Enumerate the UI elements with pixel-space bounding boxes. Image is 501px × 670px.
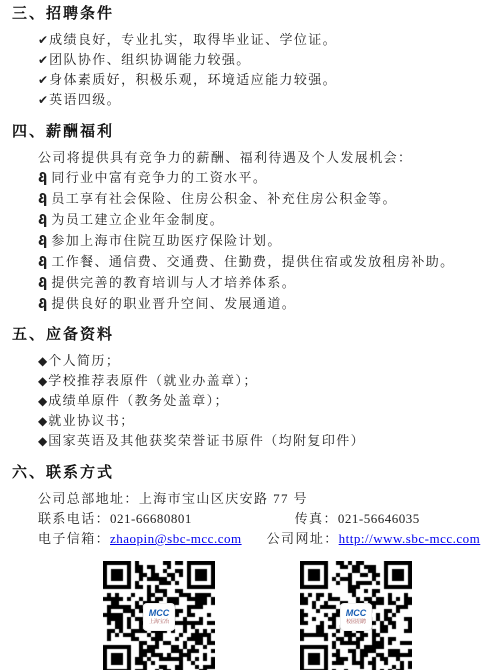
qr-code-campus-recruiting: MCC 校园招聘: [300, 561, 412, 670]
list-item-text: 为员工建立企业年金制度。: [51, 212, 224, 227]
fax-value: 021-56646035: [338, 511, 420, 526]
benefit-bullet-icon: β: [38, 190, 47, 210]
qr-logo-label: 校园招聘: [346, 620, 366, 625]
list-item: ✔成绩良好，专业扎实，取得毕业证、学位证。: [38, 30, 501, 50]
benefit-bullet-icon: β: [38, 253, 47, 273]
section-contact-info: 六、联系方式 公司总部地址：上海市宝山区庆安路 77 号 联系电话：021-66…: [0, 463, 501, 549]
list-item-text: 身体素质好，积极乐观，环境适应能力较强。: [49, 72, 337, 87]
mcc-logo: MCC 校园招聘: [341, 604, 371, 630]
section-heading: 三、招聘条件: [12, 4, 501, 24]
contact-address-row: 公司总部地址：上海市宝山区庆安路 77 号: [38, 489, 501, 509]
website-label: 公司网址：: [267, 531, 339, 546]
list-item: ◆就业协议书；: [38, 411, 501, 431]
list-item-text: 同行业中富有竞争力的工资水平。: [51, 170, 267, 185]
diamond-icon: ◆: [38, 414, 47, 428]
mcc-logo: MCC 上海宝冶: [144, 604, 174, 630]
list-item: ◆学校推荐表原件（就业办盖章）；: [38, 371, 501, 391]
list-item-text: 提供良好的职业晋升空间、发展通道。: [51, 296, 296, 311]
phone-label: 联系电话：: [38, 511, 110, 526]
list-item-text: 成绩良好，专业扎实，取得毕业证、学位证。: [49, 32, 337, 47]
list-item: ◆个人简历；: [38, 351, 501, 371]
list-item-text: 成绩单原件（教务处盖章）；: [48, 393, 229, 408]
list-item-text: 参加上海市住院互助医疗保险计划。: [51, 233, 281, 248]
benefit-bullet-icon: β: [38, 211, 47, 231]
section-heading: 五、应备资料: [12, 325, 501, 345]
benefit-bullet-icon: β: [38, 295, 47, 315]
check-icon: ✔: [38, 73, 48, 87]
check-icon: ✔: [38, 53, 48, 67]
diamond-icon: ◆: [38, 434, 47, 448]
mcc-logo-text: MCC: [346, 608, 367, 618]
section-heading: 六、联系方式: [12, 463, 501, 483]
list-item: β参加上海市住院互助医疗保险计划。: [38, 231, 501, 252]
list-item: ◆成绩单原件（教务处盖章）；: [38, 391, 501, 411]
check-icon: ✔: [38, 93, 48, 107]
qr-code-row: MCC 上海宝冶 MCC 校园招聘: [103, 561, 501, 670]
list-item: ◆国家英语及其他获奖荣誉证书原件（均附复印件）: [38, 431, 501, 451]
list-item-text: 提供完善的教育培训与人才培养体系。: [51, 275, 296, 290]
qr-logo-label: 上海宝冶: [149, 620, 169, 625]
diamond-icon: ◆: [38, 394, 47, 408]
section-required-materials: 五、应备资料 ◆个人简历； ◆学校推荐表原件（就业办盖章）； ◆成绩单原件（教务…: [0, 325, 501, 451]
qr-code-company: MCC 上海宝冶: [103, 561, 215, 670]
diamond-icon: ◆: [38, 354, 47, 368]
list-item: ✔英语四级。: [38, 90, 501, 110]
address-label: 公司总部地址：: [38, 491, 139, 506]
contact-web-row: 电子信箱：zhaopin@sbc-mcc.com 公司网址：http://www…: [38, 529, 501, 549]
section-heading: 四、薪酬福利: [12, 122, 501, 142]
address-value: 上海市宝山区庆安路 77 号: [139, 491, 308, 506]
section-intro-text: 公司将提供具有竞争力的薪酬、福利待遇及个人发展机会：: [38, 148, 501, 168]
list-item-text: 员工享有社会保险、住房公积金、补充住房公积金等。: [51, 191, 397, 206]
benefit-bullet-icon: β: [38, 232, 47, 252]
fax-label: 传真：: [295, 511, 338, 526]
section-recruitment-conditions: 三、招聘条件 ✔成绩良好，专业扎实，取得毕业证、学位证。 ✔团队协作、组织协调能…: [0, 4, 501, 110]
email-link[interactable]: zhaopin@sbc-mcc.com: [110, 531, 242, 546]
email-label: 电子信箱：: [38, 531, 110, 546]
list-item: β同行业中富有竞争力的工资水平。: [38, 168, 501, 189]
list-item: β提供完善的教育培训与人才培养体系。: [38, 273, 501, 294]
list-item-text: 英语四级。: [49, 92, 121, 107]
list-item-text: 团队协作、组织协调能力较强。: [49, 52, 251, 67]
benefit-bullet-icon: β: [38, 274, 47, 294]
phone-value: 021-66680801: [110, 511, 192, 526]
mcc-logo-text: MCC: [149, 608, 170, 618]
check-icon: ✔: [38, 33, 48, 47]
diamond-icon: ◆: [38, 374, 47, 388]
list-item: ✔团队协作、组织协调能力较强。: [38, 50, 501, 70]
list-item-text: 学校推荐表原件（就业办盖章）；: [48, 373, 258, 388]
list-item-text: 就业协议书；: [48, 413, 134, 428]
website-link[interactable]: http://www.sbc-mcc.com: [339, 531, 481, 546]
list-item-text: 工作餐、通信费、交通费、住勤费，提供住宿或发放租房补助。: [51, 254, 454, 269]
list-item-text: 个人简历；: [48, 353, 120, 368]
section-compensation-benefits: 四、薪酬福利 公司将提供具有竞争力的薪酬、福利待遇及个人发展机会： β同行业中富…: [0, 122, 501, 315]
list-item: β提供良好的职业晋升空间、发展通道。: [38, 294, 501, 315]
list-item: β员工享有社会保险、住房公积金、补充住房公积金等。: [38, 189, 501, 210]
list-item: β工作餐、通信费、交通费、住勤费，提供住宿或发放租房补助。: [38, 252, 501, 273]
contact-phone-row: 联系电话：021-66680801 传真：021-56646035: [38, 509, 501, 529]
document-page: 三、招聘条件 ✔成绩良好，专业扎实，取得毕业证、学位证。 ✔团队协作、组织协调能…: [0, 0, 501, 670]
benefit-bullet-icon: β: [38, 169, 47, 189]
list-item-text: 国家英语及其他获奖荣誉证书原件（均附复印件）: [48, 433, 365, 448]
list-item: β为员工建立企业年金制度。: [38, 210, 501, 231]
list-item: ✔身体素质好，积极乐观，环境适应能力较强。: [38, 70, 501, 90]
